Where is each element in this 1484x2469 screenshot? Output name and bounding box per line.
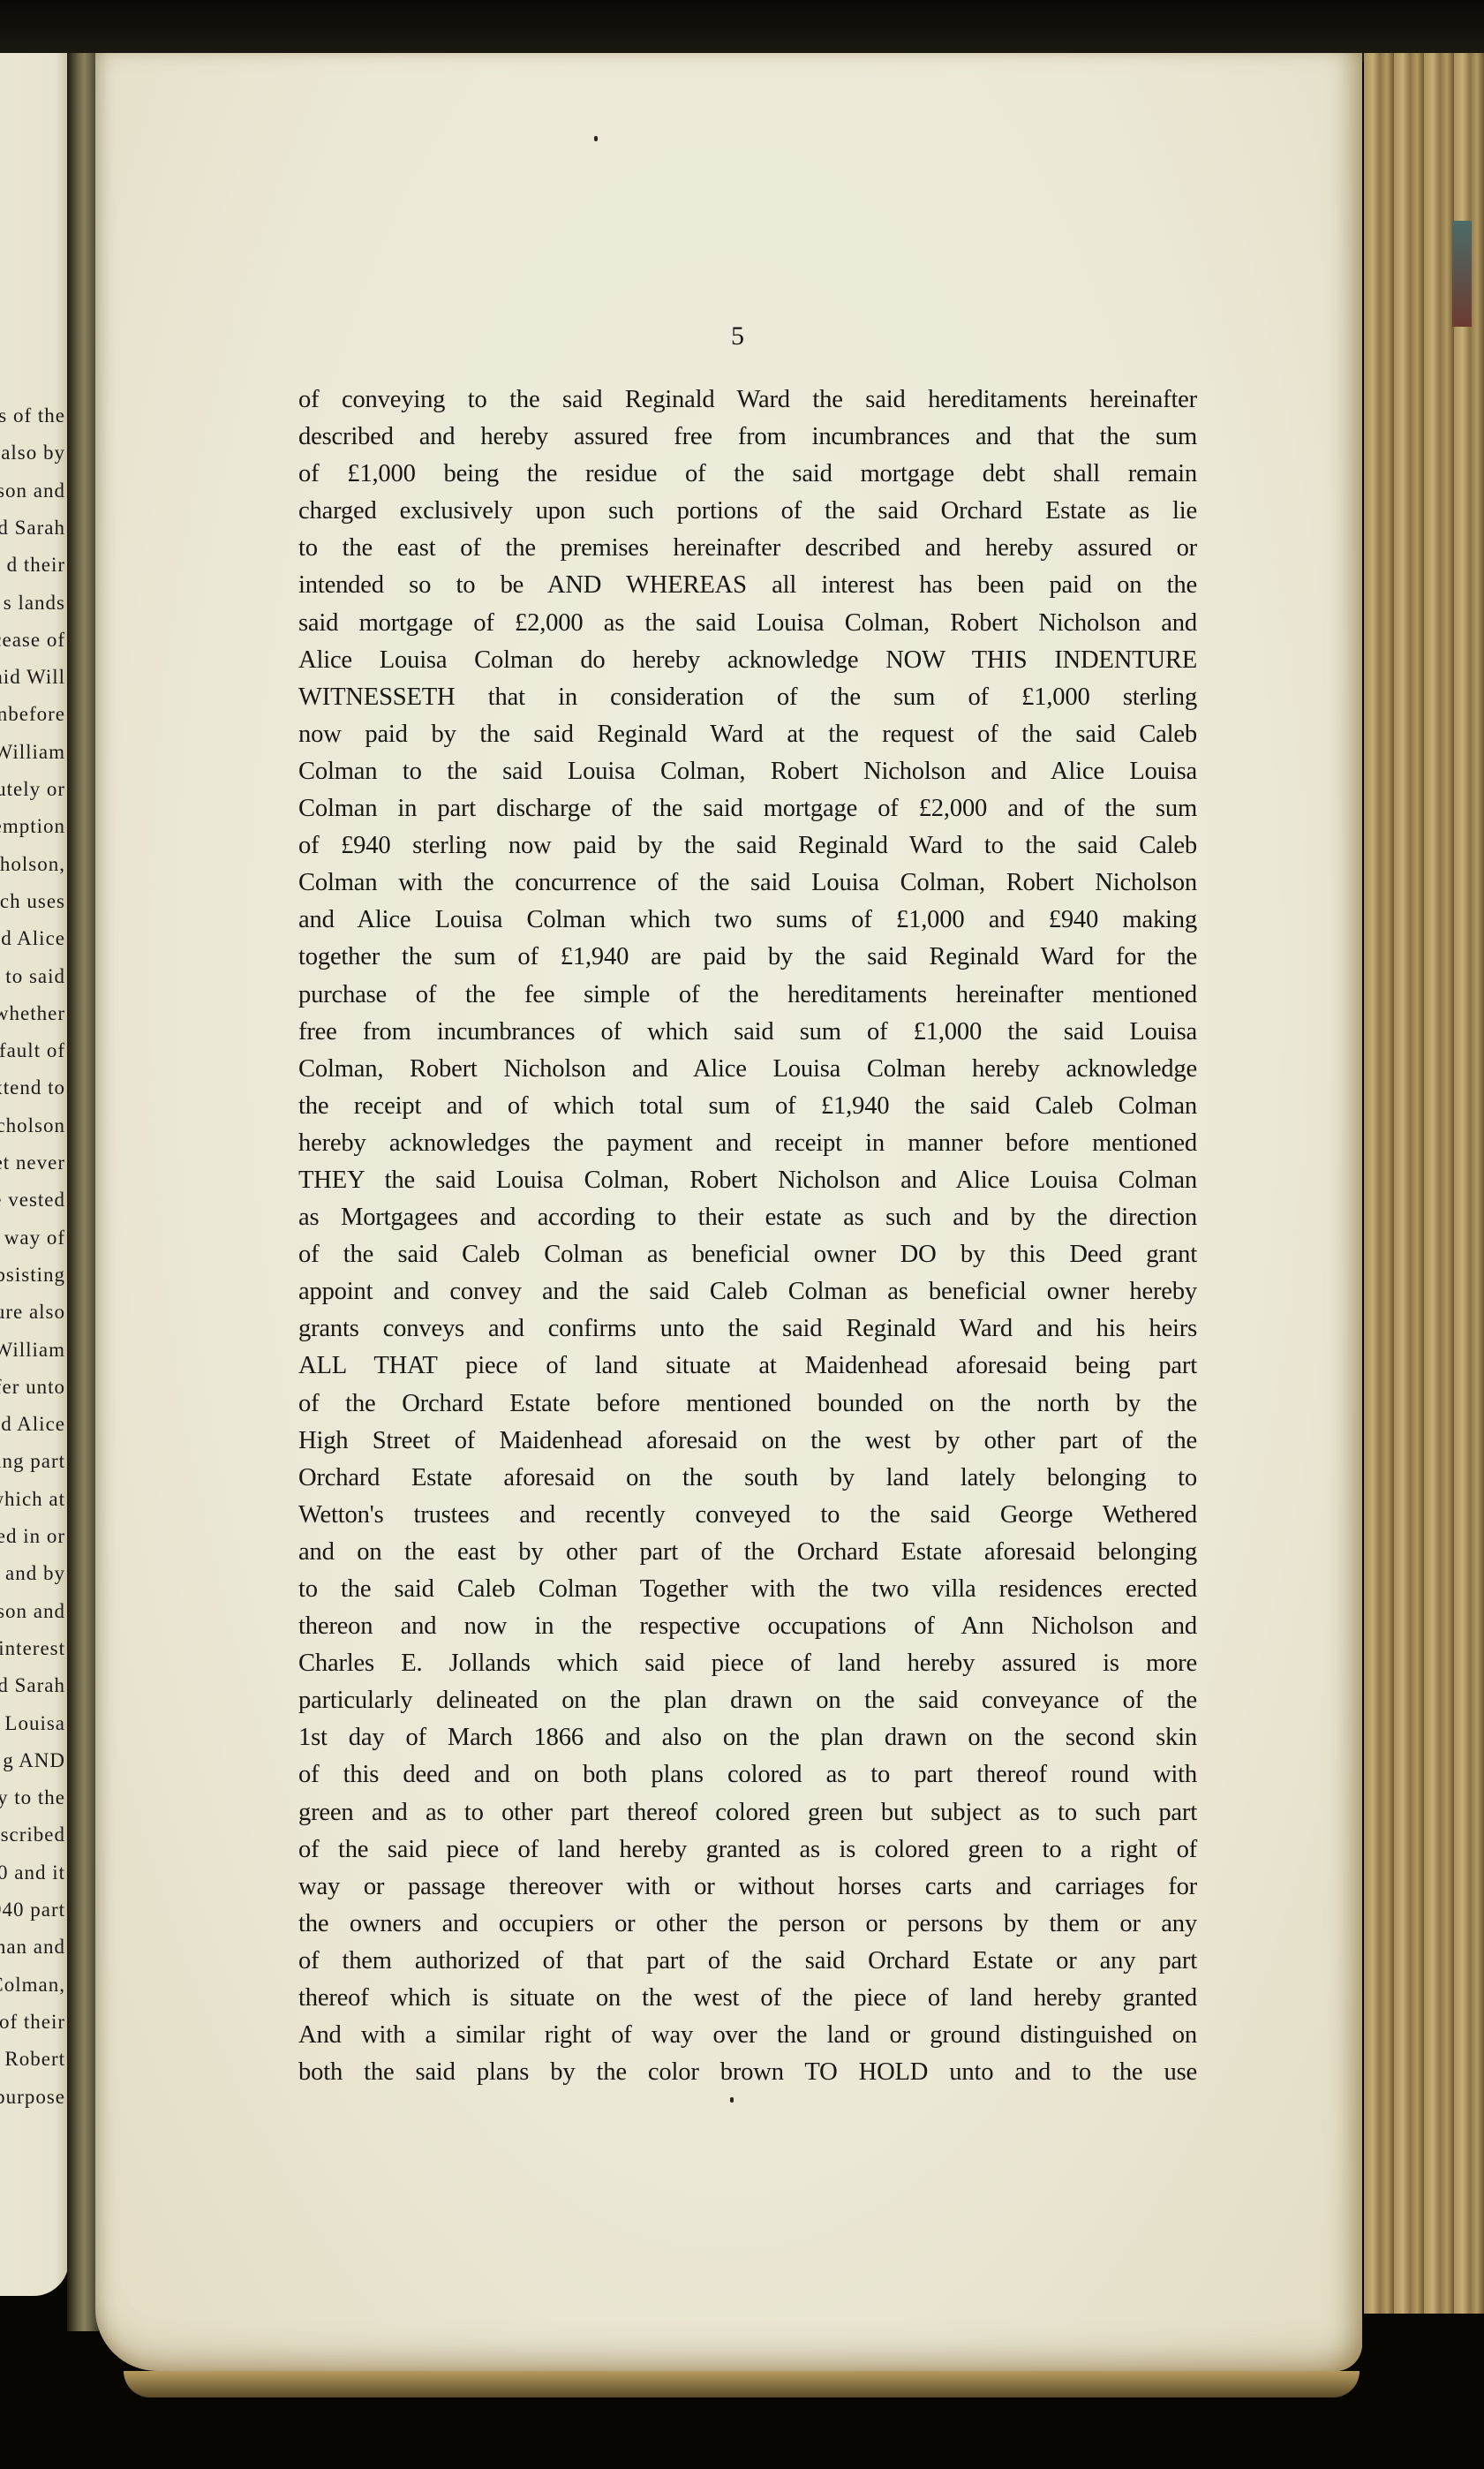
facing-page-line-fragment: ne vested bbox=[0, 1189, 65, 1212]
text-line: thereon and now in the respective occupa… bbox=[298, 1608, 1197, 1645]
book-gutter bbox=[67, 53, 99, 2331]
facing-page-line-fragment: nd Alice bbox=[0, 1413, 65, 1436]
text-line: said mortgage of £2,000 as the said Loui… bbox=[298, 605, 1197, 642]
text-line: 1st day of March 1866 and also on the pl… bbox=[298, 1719, 1197, 1756]
facing-page-line-fragment: ed in or bbox=[0, 1525, 65, 1548]
text-line: Colman, Robert Nicholson and Alice Louis… bbox=[298, 1051, 1197, 1088]
facing-page-line-fragment: also by bbox=[1, 442, 65, 464]
facing-page-line-fragment: s lands bbox=[4, 592, 65, 615]
text-line: hereby acknowledges the payment and rece… bbox=[298, 1125, 1197, 1162]
text-line: particularly delineated on the plan draw… bbox=[298, 1682, 1197, 1719]
page-bottom-edge bbox=[124, 2371, 1360, 2397]
facing-page-line-fragment: d Louisa bbox=[0, 1712, 65, 1735]
text-line: both the said plans by the color brown T… bbox=[298, 2054, 1197, 2091]
facing-page-line-fragment: ing part bbox=[0, 1450, 65, 1473]
text-line: together the sum of £1,940 are paid by t… bbox=[298, 939, 1197, 976]
text-line: WITNESSETH that in consideration of the … bbox=[298, 679, 1197, 716]
facing-page-line-fragment: d their bbox=[7, 554, 65, 577]
ink-speck bbox=[594, 136, 598, 141]
facing-page-line-fragment: ure also bbox=[0, 1301, 65, 1324]
facing-page-line-fragment: einbefore bbox=[0, 703, 65, 726]
text-line: Colman to the said Louisa Colman, Robert… bbox=[298, 753, 1197, 790]
text-line: Charles E. Jollands which said piece of … bbox=[298, 1645, 1197, 1682]
facing-page-line-fragment: and by bbox=[5, 1562, 65, 1585]
text-line: Alice Louisa Colman do hereby acknowledg… bbox=[298, 642, 1197, 679]
facing-page-line-fragment: ey to the bbox=[0, 1786, 65, 1809]
facing-page-line-fragment: of their bbox=[0, 2011, 65, 2034]
text-line: of £1,000 being the residue of the said … bbox=[298, 456, 1197, 493]
facing-page-line-fragment: which at bbox=[0, 1488, 65, 1511]
facing-page-line-fragment: icholson, bbox=[0, 853, 65, 876]
deed-text-block: of conveying to the said Reginald Ward t… bbox=[298, 381, 1197, 2091]
text-line: Wetton's trustees and recently conveyed … bbox=[298, 1497, 1197, 1534]
facing-page-line-fragment: g AND bbox=[3, 1749, 65, 1772]
facing-page-line-fragment: y way of bbox=[0, 1227, 65, 1250]
facing-page-line-fragment: lescribed bbox=[0, 1823, 65, 1846]
facing-page-line-fragment: olson and bbox=[0, 1600, 65, 1623]
facing-page-line-fragment: Robert bbox=[4, 2048, 65, 2071]
facing-page-line-fragment: nd Alice bbox=[0, 927, 65, 950]
ribbon-bookmark bbox=[1452, 221, 1472, 327]
text-line: the receipt and of which total sum of £1… bbox=[298, 1088, 1197, 1125]
text-line: free from incumbrances of which said sum… bbox=[298, 1014, 1197, 1051]
facing-page-line-fragment: utely or bbox=[0, 778, 65, 801]
text-line: Colman in part discharge of the said mor… bbox=[298, 790, 1197, 827]
facing-page-line-fragment: 940 part bbox=[0, 1899, 65, 1922]
facing-page-line-fragment: efault of bbox=[0, 1039, 65, 1062]
text-line: appoint and convey and the said Caleb Co… bbox=[298, 1273, 1197, 1310]
facing-page-line-fragment: aid Will bbox=[0, 666, 65, 689]
text-line: of them authorized of that part of the s… bbox=[298, 1943, 1197, 1980]
facing-page-line-fragment: lemption bbox=[0, 815, 65, 838]
text-line: of conveying to the said Reginald Ward t… bbox=[298, 381, 1197, 419]
ink-speck bbox=[730, 2097, 734, 2103]
text-line: thereof which is situate on the west of … bbox=[298, 1980, 1197, 2017]
text-line: way or passage thereover with or without… bbox=[298, 1869, 1197, 1906]
text-line: as Mortgagees and according to their est… bbox=[298, 1199, 1197, 1236]
facing-page-line-fragment: Colman, bbox=[0, 1974, 65, 1997]
text-line: intended so to be AND WHEREAS all intere… bbox=[298, 567, 1197, 604]
facing-page-line-fragment: fer unto bbox=[0, 1376, 65, 1399]
text-line: And with a similar right of way over the… bbox=[298, 2017, 1197, 2054]
facing-page-line-fragment: nan and bbox=[0, 1936, 65, 1959]
text-line: of the said piece of land hereby granted… bbox=[298, 1831, 1197, 1869]
facing-page-line-fragment: purpose bbox=[0, 2086, 65, 2109]
text-line: Colman with the concurrence of the said … bbox=[298, 865, 1197, 902]
text-line: purchase of the fee simple of the heredi… bbox=[298, 977, 1197, 1014]
text-line: Orchard Estate aforesaid on the south by… bbox=[298, 1460, 1197, 1497]
facing-page-line-fragment: whether bbox=[0, 1002, 65, 1025]
facing-page-line-fragment: Nicholson bbox=[0, 1114, 65, 1137]
text-line: THEY the said Louisa Colman, Robert Nich… bbox=[298, 1162, 1197, 1199]
facing-page-line-fragment: aid Sarah bbox=[0, 1674, 65, 1697]
text-line: of this deed and on both plans colored a… bbox=[298, 1756, 1197, 1793]
text-line: of the Orchard Estate before mentioned b… bbox=[298, 1386, 1197, 1423]
text-line: of the said Caleb Colman as beneficial o… bbox=[298, 1236, 1197, 1273]
facing-page-line-fragment: William bbox=[0, 741, 65, 764]
facing-page-line-fragment: lson and bbox=[0, 479, 65, 502]
text-line: to the east of the premises hereinafter … bbox=[298, 530, 1197, 567]
text-line: to the said Caleb Colman Together with t… bbox=[298, 1571, 1197, 1608]
text-line: ALL THAT piece of land situate at Maiden… bbox=[298, 1348, 1197, 1385]
facing-page-line-fragment: ecease of bbox=[0, 629, 65, 652]
facing-page-line-fragment: uch uses bbox=[0, 890, 65, 913]
facing-page-line-fragment: et never bbox=[0, 1151, 65, 1174]
text-line: green and as to other part thereof color… bbox=[298, 1794, 1197, 1831]
text-line: charged exclusively upon such portions o… bbox=[298, 493, 1197, 530]
facing-page-line-fragment: xtend to bbox=[0, 1076, 65, 1099]
facing-page-line-fragment: ubsisting bbox=[0, 1264, 65, 1287]
text-line: grants conveys and confirms unto the sai… bbox=[298, 1310, 1197, 1348]
text-line: High Street of Maidenhead aforesaid on t… bbox=[298, 1423, 1197, 1460]
page-edges-stack bbox=[1364, 53, 1484, 2314]
text-line: the owners and occupiers or other the pe… bbox=[298, 1906, 1197, 1943]
facing-page-line-fragment: s of the bbox=[0, 404, 65, 427]
text-line: described and hereby assured free from i… bbox=[298, 419, 1197, 456]
facing-page-line-fragment: William bbox=[0, 1339, 65, 1362]
text-line: of £940 sterling now paid by the said Re… bbox=[298, 827, 1197, 865]
facing-page-strip: s of thealso bylson andd Sarahd theirs l… bbox=[0, 53, 69, 2296]
facing-page-line-fragment: 0 and it bbox=[0, 1861, 65, 1884]
text-line: and on the east by other part of the Orc… bbox=[298, 1534, 1197, 1571]
facing-page-line-fragment: d Sarah bbox=[0, 517, 65, 540]
text-line: and Alice Louisa Colman which two sums o… bbox=[298, 902, 1197, 939]
page-number: 5 bbox=[731, 321, 744, 351]
facing-page-line-fragment: s to said bbox=[0, 965, 65, 988]
facing-page-line-fragment: l interest bbox=[0, 1637, 65, 1660]
text-line: now paid by the said Reginald Ward at th… bbox=[298, 716, 1197, 753]
